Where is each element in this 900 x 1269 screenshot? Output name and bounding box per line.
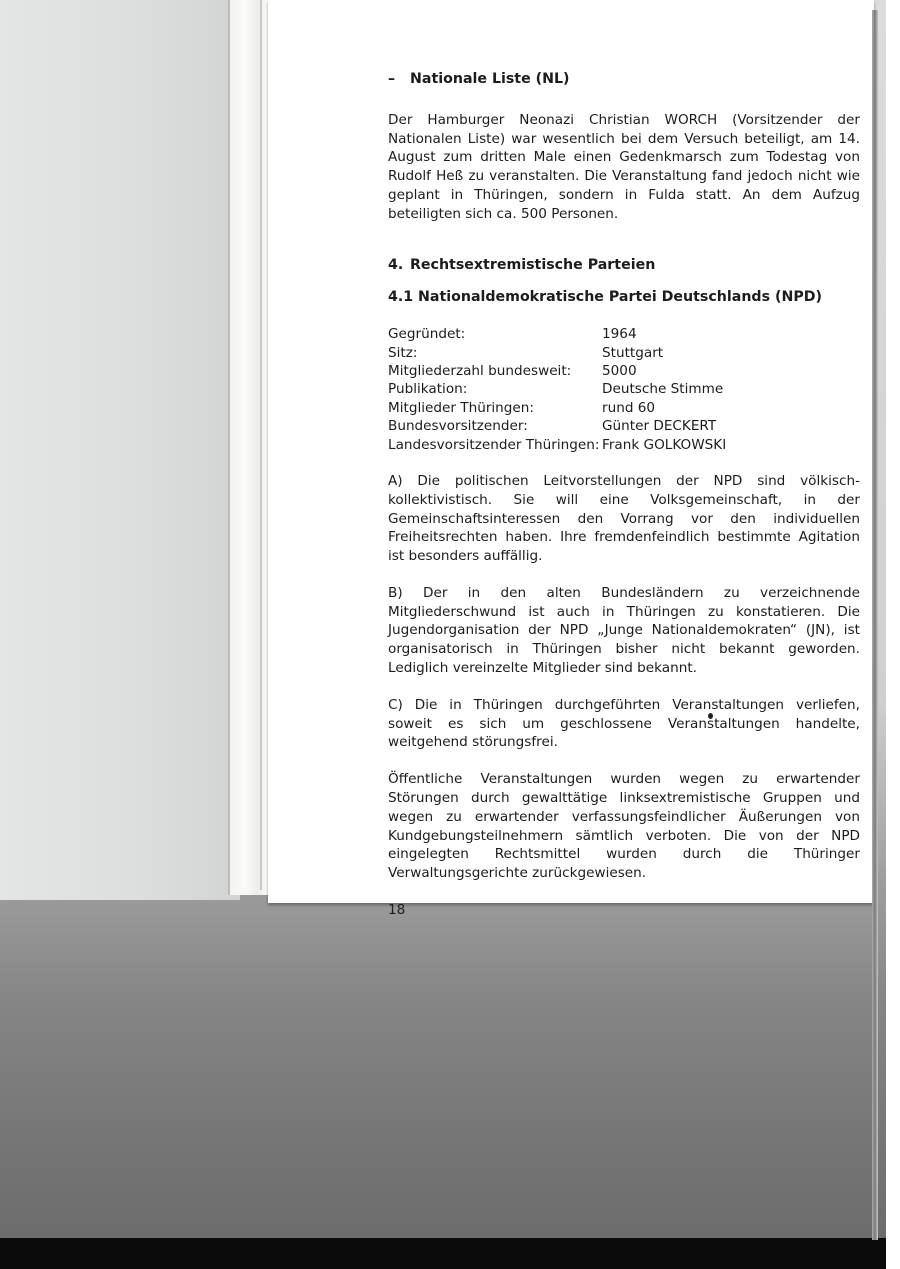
fact-value: Günter DECKERT (602, 417, 716, 435)
paragraph-a: A) Die politischen Leitvorstellungen der… (388, 472, 860, 566)
fact-label: Mitglieder Thüringen: (388, 399, 602, 417)
paragraph-b: B) Der in den alten Bundesländern zu ver… (388, 584, 860, 678)
fact-label: Landesvorsitzender Thüringen: (388, 436, 602, 454)
ink-speck (708, 713, 713, 719)
page-content: –Nationale Liste (NL) Der Hamburger Neon… (388, 70, 860, 920)
fact-value: 1964 (602, 325, 637, 343)
paragraph-nl: Der Hamburger Neonazi Christian WORCH (V… (388, 111, 860, 224)
section-heading-nl: –Nationale Liste (NL) (388, 70, 860, 89)
chapter-heading: 4.Rechtsextremistische Parteien (388, 256, 860, 275)
fact-label: Publikation: (388, 380, 602, 398)
fact-label: Sitz: (388, 344, 602, 362)
section-heading-text: Nationale Liste (NL) (410, 71, 570, 87)
scan-background-left (0, 0, 240, 900)
fact-value: Frank GOLKOWSKI (602, 436, 726, 454)
fact-value: rund 60 (602, 399, 655, 417)
subchapter-heading: 4.1Nationaldemokratische Partei Deutschl… (388, 288, 860, 307)
fact-value: 5000 (602, 362, 637, 380)
chapter-title: Rechtsextremistische Parteien (410, 257, 655, 273)
paragraph-gap (388, 752, 860, 770)
page-stack-line (260, 0, 262, 890)
fact-row: Sitz:Stuttgart (388, 344, 860, 362)
fact-value: Deutsche Stimme (602, 380, 723, 398)
chapter-number: 4. (388, 256, 410, 275)
page-stack-edge (228, 0, 270, 895)
fact-label: Mitgliederzahl bundesweit: (388, 362, 602, 380)
page-number: 18 (388, 901, 860, 920)
paragraph-c: C) Die in Thüringen durchgeführten Veran… (388, 696, 860, 752)
scan-border-bottom (0, 1238, 890, 1269)
fact-row: Gegründet:1964 (388, 325, 860, 343)
fact-value: Stuttgart (602, 344, 663, 362)
paragraph-public-events: Öffentliche Veranstaltungen wurden wegen… (388, 770, 860, 883)
fact-row: Landesvorsitzender Thüringen:Frank GOLKO… (388, 436, 860, 454)
scan-margin-right (886, 0, 900, 1269)
fact-row: Publikation:Deutsche Stimme (388, 380, 860, 398)
fact-row: Mitglieder Thüringen:rund 60 (388, 399, 860, 417)
fact-label: Gegründet: (388, 325, 602, 343)
fact-row: Mitgliederzahl bundesweit:5000 (388, 362, 860, 380)
paragraph-gap (388, 566, 860, 584)
dash-bullet: – (388, 70, 410, 89)
page-binding-edge (872, 10, 878, 1240)
fact-label: Bundesvorsitzender: (388, 417, 602, 435)
party-facts-table: Gegründet:1964 Sitz:Stuttgart Mitglieder… (388, 325, 860, 454)
fact-row: Bundesvorsitzender:Günter DECKERT (388, 417, 860, 435)
subchapter-number: 4.1 (388, 288, 418, 307)
paragraph-gap (388, 678, 860, 696)
subchapter-title: Nationaldemokratische Partei Deutschland… (418, 289, 822, 305)
scan-background-bottom (0, 900, 900, 1240)
